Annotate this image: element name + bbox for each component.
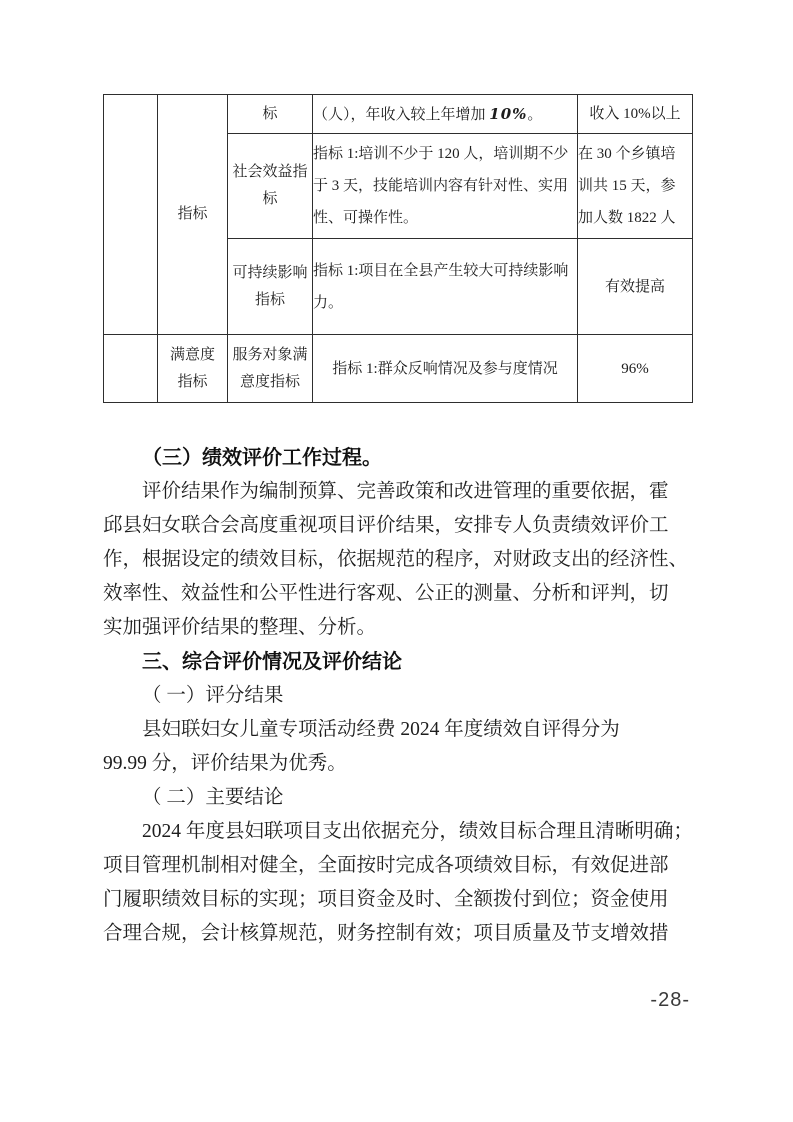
cell-completion-value: 96% xyxy=(578,335,693,403)
cell-spacer xyxy=(104,95,158,335)
paragraph-score-result: 县妇联妇女儿童专项活动经费 2024 年度绩效自评得分为 99.99 分，评价结… xyxy=(103,713,709,781)
cell-completion-value: 收入 10%以上 xyxy=(578,95,693,134)
emphasized-percentage: 10% xyxy=(489,105,527,123)
chapter-heading-comprehensive-evaluation: 三、综合评价情况及评价结论 xyxy=(103,645,709,679)
cell-sub-label-social-benefit: 社会效益指 标 xyxy=(228,134,313,239)
cell-indicator-content: （人），年收入较上年增加 10%。 xyxy=(313,95,578,134)
section-heading-evaluation-process: （三）绩效评价工作过程。 xyxy=(103,441,709,475)
performance-indicators-table: 指标 标 （人），年收入较上年增加 10%。 收入 10%以上 社会效益指 标 … xyxy=(103,94,693,403)
cell-spacer xyxy=(104,335,158,403)
cell-completion-value: 在 30 个乡镇培 训共 15 天，参 加人数 1822 人 xyxy=(578,134,693,239)
sub-heading-score-result: （ 一）评分结果 xyxy=(103,679,709,713)
cell-sub-label-service-satisfaction: 服务对象满 意度指标 xyxy=(228,335,313,403)
cell-indicator-content: 指标 1:培训不少于 120 人，培训期不少 于 3 天，技能培训内容有针对性、… xyxy=(313,134,578,239)
cell-indicator-content: 指标 1:项目在全县产生较大可持续影响 力。 xyxy=(313,239,578,335)
paragraph-main-conclusion: 2024 年度县妇联项目支出依据充分，绩效目标合理且清晰明确； 项目管理机制相对… xyxy=(103,815,709,951)
paragraph-evaluation-process: 评价结果作为编制预算、完善政策和改进管理的重要依据，霍 邱县妇女联合会高度重视项… xyxy=(103,475,709,645)
table-row-satisfaction: 满意度 指标 服务对象满 意度指标 指标 1:群众反响情况及参与度情况 96% xyxy=(104,335,693,403)
cell-sub-label-sustainable-impact: 可持续影响 指标 xyxy=(228,239,313,335)
table-row-benefit-continued: 指标 标 （人），年收入较上年增加 10%。 收入 10%以上 xyxy=(104,95,693,134)
cell-group-label-indicator: 指标 xyxy=(158,95,228,335)
cell-sub-label-continued: 标 xyxy=(228,95,313,134)
sub-heading-main-conclusion: （ 二）主要结论 xyxy=(103,781,709,815)
document-body: （三）绩效评价工作过程。 评价结果作为编制预算、完善政策和改进管理的重要依据，霍… xyxy=(103,441,709,951)
page-number: -28- xyxy=(650,989,690,1012)
indicator-text-prefix: （人），年收入较上年增加 xyxy=(313,107,489,123)
cell-completion-value: 有效提高 xyxy=(578,239,693,335)
document-page: 指标 标 （人），年收入较上年增加 10%。 收入 10%以上 社会效益指 标 … xyxy=(0,0,793,1122)
cell-indicator-content: 指标 1:群众反响情况及参与度情况 xyxy=(313,335,578,403)
indicator-text-suffix: 。 xyxy=(527,107,542,123)
cell-group-label-satisfaction: 满意度 指标 xyxy=(158,335,228,403)
